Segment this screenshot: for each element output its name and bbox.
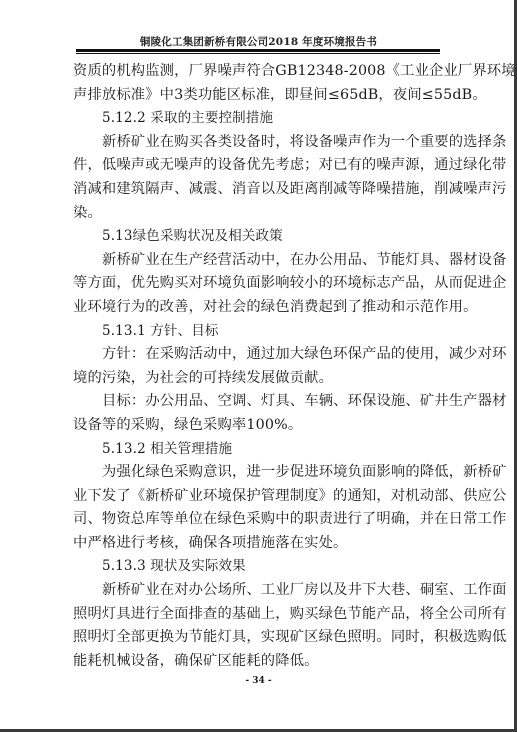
text-line: 司、物资总库等单位在绿色采购中的职责进行了明确，并在日常工作 bbox=[73, 508, 445, 532]
text-line: 目标：办公用品、空调、灯具、车辆、环保设施、矿井生产器材 bbox=[73, 390, 445, 414]
section-heading-5-12-2: 5.12.2 采取的主要控制措施 bbox=[73, 107, 445, 131]
text-line: 消减和建筑隔声、减震、消音以及距离削减等降噪措施，削减噪声污 bbox=[73, 178, 445, 202]
document-page: 铜陵化工集团新桥有限公司2018 年度环境报告书 资质的机构监测，厂界噪声符合G… bbox=[0, 0, 517, 732]
text-line: 染。 bbox=[73, 202, 445, 226]
text-line: 新桥矿业在购买各类设备时，将设备噪声作为一个重要的选择条 bbox=[73, 131, 445, 155]
page-number: - 34 - bbox=[0, 676, 517, 686]
text-line: 中严格进行考核，确保各项措施落在实处。 bbox=[73, 532, 445, 556]
text-line: 业下发了《新桥矿业环境保护管理制度》的通知，对机动部、供应公 bbox=[73, 485, 445, 509]
text-line: 声排放标准》中3类功能区标准，即昼间≤65dB，夜间≤55dB。 bbox=[73, 84, 445, 108]
text-line: 业环境行为的改善，对社会的绿色消费起到了推动和示范作用。 bbox=[73, 296, 445, 320]
header-rule bbox=[76, 49, 440, 52]
text-line: 新桥矿业在生产经营活动中，在办公用品、节能灯具、器材设备 bbox=[73, 249, 445, 273]
text-line: 等方面，优先购买对环境负面影响较小的环境标志产品，从而促进企 bbox=[73, 272, 445, 296]
text-line: 境的污染，为社会的可持续发展做贡献。 bbox=[73, 367, 445, 391]
running-header: 铜陵化工集团新桥有限公司2018 年度环境报告书 bbox=[0, 34, 517, 49]
text-line: 方针：在采购活动中，通过加大绿色环保产品的使用，减少对环 bbox=[73, 343, 445, 367]
section-heading-5-13-3: 5.13.3 现状及实际效果 bbox=[73, 555, 445, 579]
text-line: 件，低噪声或无噪声的设备优先考虑；对已有的噪声源，通过绿化带 bbox=[73, 154, 445, 178]
section-heading-5-13: 5.13绿色采购状况及相关政策 bbox=[73, 225, 445, 249]
section-heading-5-13-1: 5.13.1 方针、目标 bbox=[73, 320, 445, 344]
text-line: 能耗机械设备，确保矿区能耗的降低。 bbox=[73, 650, 445, 674]
text-line: 照明灯全部更换为节能灯具，实现矿区绿色照明。同时，积极选购低 bbox=[73, 626, 445, 650]
text-line: 设备等的采购，绿色采购率100%。 bbox=[73, 414, 445, 438]
text-line: 资质的机构监测，厂界噪声符合GB12348-2008《工业企业厂界环境噪 bbox=[73, 60, 445, 84]
section-heading-5-13-2: 5.13.2 相关管理措施 bbox=[73, 438, 445, 462]
text-line: 照明灯具进行全面排查的基础上，购买绿色节能产品，将全公司所有 bbox=[73, 603, 445, 627]
body-text: 资质的机构监测，厂界噪声符合GB12348-2008《工业企业厂界环境噪 声排放… bbox=[73, 60, 445, 673]
text-line: 为强化绿色采购意识，进一步促进环境负面影响的降低，新桥矿 bbox=[73, 461, 445, 485]
header-rule-thin bbox=[76, 53, 440, 54]
text-line: 新桥矿业在对办公场所、工业厂房以及井下大巷、硐室、工作面 bbox=[73, 579, 445, 603]
